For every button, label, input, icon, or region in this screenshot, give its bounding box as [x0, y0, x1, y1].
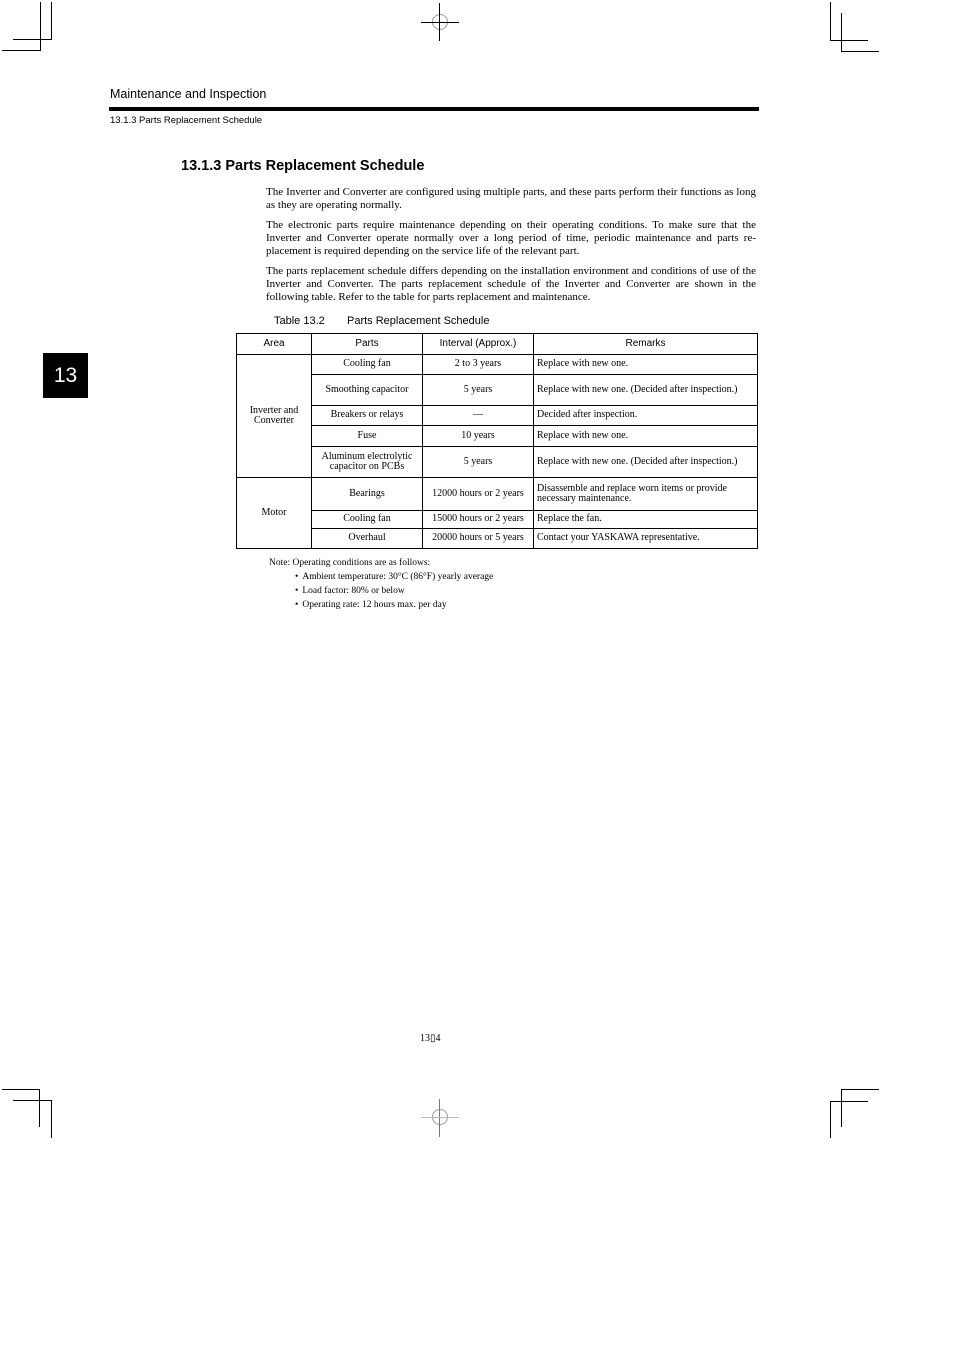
interval-cell: 15000 hours or 2 years — [423, 511, 534, 529]
table-caption-title: Parts Replacement Schedule — [347, 315, 489, 327]
table-row: Aluminum electrolytic capacitor on PCBs … — [237, 447, 758, 478]
table-row: Fuse 10 years Replace with new one. — [237, 426, 758, 447]
notes-intro: Note: Operating conditions are as follow… — [269, 556, 493, 570]
remarks-cell: Replace with new one. — [534, 426, 758, 447]
section-title: 13.1.3 Parts Replacement Schedule — [181, 158, 424, 174]
table-row: Smoothing capacitor 5 years Replace with… — [237, 375, 758, 406]
remarks-cell: Disassemble and replace worn items or pr… — [534, 478, 758, 511]
paragraph: The electronic parts require maintenance… — [266, 219, 756, 258]
page-number: 13▯4 — [420, 1033, 441, 1044]
interval-cell: 2 to 3 years — [423, 355, 534, 375]
interval-cell: 20000 hours or 5 years — [423, 529, 534, 549]
remarks-cell: Replace with new one. (Decided after ins… — [534, 447, 758, 478]
paragraph: The parts replacement schedule differs d… — [266, 265, 756, 304]
part-cell: Fuse — [312, 426, 423, 447]
part-cell: Cooling fan — [312, 355, 423, 375]
remarks-cell: Decided after inspection. — [534, 406, 758, 426]
interval-cell: 5 years — [423, 375, 534, 406]
interval-cell: 5 years — [423, 447, 534, 478]
remarks-cell: Replace the fan. — [534, 511, 758, 529]
area-cell: Motor — [237, 478, 312, 549]
part-cell: Overhaul — [312, 529, 423, 549]
part-cell: Aluminum electrolytic capacitor on PCBs — [312, 447, 423, 478]
body-text: The Inverter and Converter are configure… — [266, 186, 756, 311]
column-header-remarks: Remarks — [534, 334, 758, 355]
chapter-tab: 13 — [43, 353, 88, 398]
part-cell: Cooling fan — [312, 511, 423, 529]
header-rule — [109, 107, 759, 111]
table-row: Inverter and Converter Cooling fan 2 to … — [237, 355, 758, 375]
column-header-parts: Parts — [312, 334, 423, 355]
note-item: Operating rate: 12 hours max. per day — [295, 598, 493, 612]
table-header-row: Area Parts Interval (Approx.) Remarks — [237, 334, 758, 355]
part-cell: Smoothing capacitor — [312, 375, 423, 406]
part-cell: Bearings — [312, 478, 423, 511]
running-header-title: Maintenance and Inspection — [110, 87, 266, 101]
table-row: Overhaul 20000 hours or 5 years Contact … — [237, 529, 758, 549]
interval-cell: — — [423, 406, 534, 426]
column-header-area: Area — [237, 334, 312, 355]
paragraph: The Inverter and Converter are configure… — [266, 186, 756, 212]
table-notes: Note: Operating conditions are as follow… — [269, 556, 493, 612]
interval-cell: 12000 hours or 2 years — [423, 478, 534, 511]
notes-list: Ambient temperature: 30°C (86°F) yearly … — [269, 570, 493, 612]
table-row: Cooling fan 15000 hours or 2 years Repla… — [237, 511, 758, 529]
remarks-cell: Contact your YASKAWA representative. — [534, 529, 758, 549]
table-caption-number: Table 13.2 — [274, 315, 347, 327]
area-cell: Inverter and Converter — [237, 355, 312, 478]
part-cell: Breakers or relays — [312, 406, 423, 426]
running-header-subtitle: 13.1.3 Parts Replacement Schedule — [110, 115, 262, 126]
note-item: Ambient temperature: 30°C (86°F) yearly … — [295, 570, 493, 584]
table-row: Motor Bearings 12000 hours or 2 years Di… — [237, 478, 758, 511]
remarks-cell: Replace with new one. (Decided after ins… — [534, 375, 758, 406]
note-item: Load factor: 80% or below — [295, 584, 493, 598]
table-caption: Table 13.2Parts Replacement Schedule — [274, 315, 489, 327]
column-header-interval: Interval (Approx.) — [423, 334, 534, 355]
interval-cell: 10 years — [423, 426, 534, 447]
parts-replacement-table: Area Parts Interval (Approx.) Remarks In… — [236, 333, 758, 549]
remarks-cell: Replace with new one. — [534, 355, 758, 375]
table-row: Breakers or relays — Decided after inspe… — [237, 406, 758, 426]
